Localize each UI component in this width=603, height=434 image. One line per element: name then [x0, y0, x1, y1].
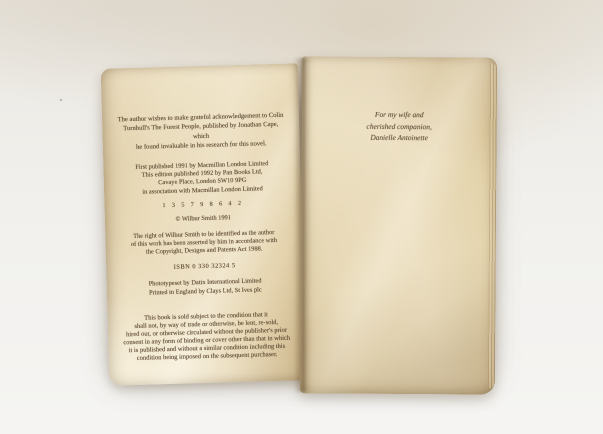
copyright-page: The author wishes to make grateful ackno… — [101, 63, 307, 385]
publication-imprint-text: First published 1991 by Macmillan London… — [117, 159, 287, 197]
dedication-text: For my wife and cherished companion, Dan… — [302, 108, 497, 144]
photo-open-paperback: The author wishes to make grateful ackno… — [0, 0, 603, 434]
acknowledgement-text: The author wishes to make grateful ackno… — [116, 111, 286, 153]
printers-key: 1 3 5 7 9 8 6 4 2 — [118, 198, 287, 210]
printer-credit-text: Phototypeset by Datix International Limi… — [121, 277, 290, 298]
dust-speck — [60, 99, 62, 101]
isbn-number: ISBN 0 330 32324 5 — [120, 261, 289, 273]
conditions-of-sale-text: This book is sold subject to the conditi… — [122, 311, 292, 364]
book-gutter-shadow — [294, 58, 312, 392]
dedication-page: For my wife and cherished companion, Dan… — [300, 56, 497, 394]
copyright-notice: © Wilbur Smith 1991 — [119, 212, 288, 224]
moral-rights-text: The right of Wilbur Smith to be identifi… — [120, 228, 289, 257]
